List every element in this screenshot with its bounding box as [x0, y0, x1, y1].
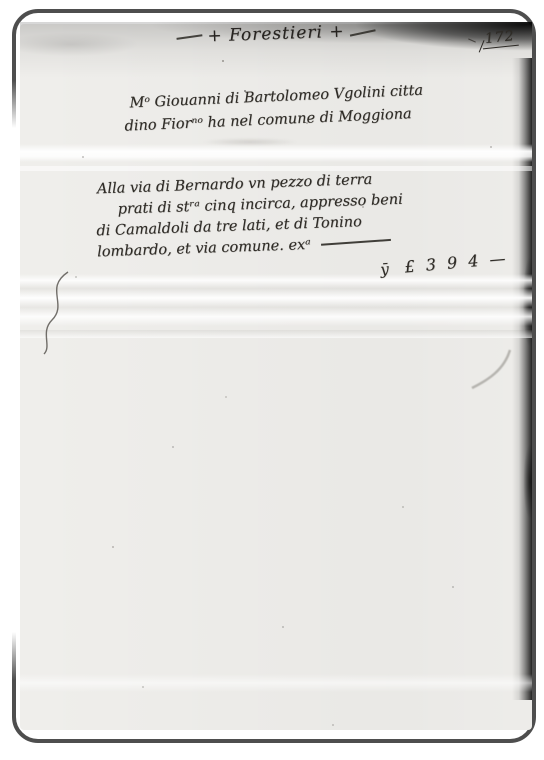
margin-squiggle-mark	[34, 270, 78, 360]
folio-number: 172	[481, 28, 518, 50]
entry-body-line-text: lombardo, et via comune. exᵃ	[97, 237, 311, 260]
scanned-document: + Forestieri + 172 Mᵒ Giouanni di Bartol…	[0, 0, 544, 760]
pen-stroke	[176, 34, 202, 40]
frame-fade-artifact	[8, 80, 20, 680]
amount-flourish-mark: ȳ	[380, 260, 390, 279]
scanner-streak-band	[20, 166, 532, 171]
scanner-streak-band	[20, 274, 532, 326]
scanner-streak-band	[20, 330, 532, 338]
paper-crease-mark	[466, 346, 518, 410]
pen-stroke	[350, 29, 376, 36]
manuscript-page: + Forestieri + 172 Mᵒ Giouanni di Bartol…	[20, 24, 532, 730]
paper-specks	[20, 24, 22, 26]
pen-dash-rule	[321, 239, 391, 246]
assessment-amount: £ 3 9 4 —	[404, 248, 509, 276]
entry-intro-paragraph: Mᵒ Giouanni di Bartolomeo Vgolini citta …	[129, 80, 424, 139]
entry-body-paragraph: Alla via di Bernardo vn pezzo di terra p…	[97, 169, 405, 264]
scanner-streak-band	[20, 674, 532, 692]
ink-ghost-smudge	[190, 136, 310, 148]
